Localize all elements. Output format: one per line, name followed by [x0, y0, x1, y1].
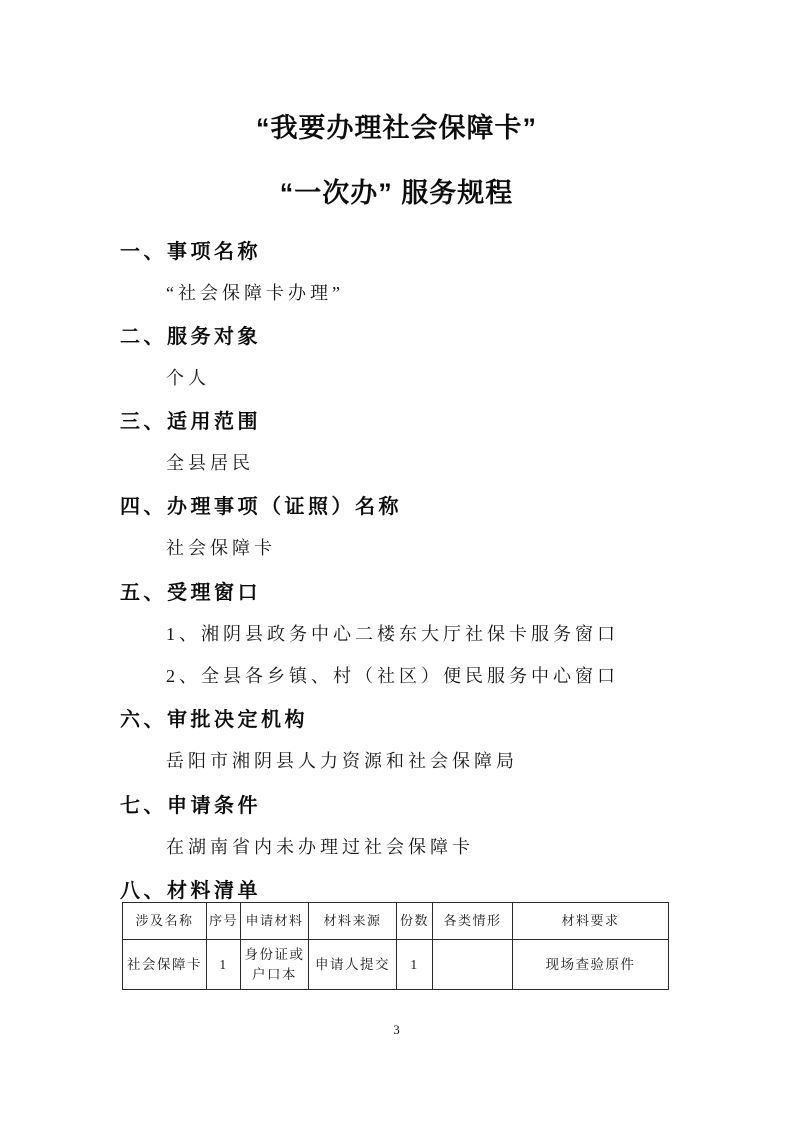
table-header-material-source: 材料来源: [309, 903, 397, 940]
section-6-body: 岳阳市湘阴县人力资源和社会保障局: [120, 747, 518, 773]
section-7-body: 在湖南省内未办理过社会保障卡: [120, 833, 474, 859]
table-header-material-requirements: 材料要求: [513, 903, 669, 940]
section-5-heading: 五、受理窗口: [120, 576, 261, 605]
table-header-serial-number: 序号: [207, 903, 241, 940]
section-1-body: “社会保障卡办理”: [120, 279, 344, 305]
section-5-body-item-1: 1、湘阴县政务中心二楼东大厅社保卡服务窗口: [120, 620, 619, 646]
table-cell-copies: 1: [397, 940, 433, 990]
page-number: 3: [0, 1022, 793, 1038]
document-title-line-1: “我要办理社会保障卡”: [0, 106, 793, 145]
table-cell-material-source: 申请人提交: [309, 940, 397, 990]
table-cell-involved-name: 社会保障卡: [123, 940, 207, 990]
document-page: “我要办理社会保障卡” “一次办” 服务规程 一、事项名称 “社会保障卡办理” …: [0, 0, 793, 1122]
table-cell-serial-number: 1: [207, 940, 241, 990]
table-header-copies: 份数: [397, 903, 433, 940]
section-2-heading: 二、服务对象: [120, 320, 261, 349]
section-5-body-item-2: 2、全县各乡镇、村（社区）便民服务中心窗口: [120, 662, 619, 688]
section-7-heading: 七、申请条件: [120, 789, 261, 818]
materials-table-header-row: 涉及名称 序号 申请材料 材料来源 份数 各类情形 材料要求: [123, 903, 669, 940]
section-4-heading: 四、办理事项（证照）名称: [120, 490, 402, 519]
materials-table: 涉及名称 序号 申请材料 材料来源 份数 各类情形 材料要求 社会保障卡 1 身…: [122, 902, 669, 990]
table-header-application-material: 申请材料: [241, 903, 309, 940]
document-sections: 一、事项名称 “社会保障卡办理” 二、服务对象 个人 三、适用范围 全县居民 四…: [120, 228, 675, 910]
section-2-body: 个人: [120, 364, 210, 390]
document-title-line-2: “一次办” 服务规程: [0, 171, 793, 210]
table-cell-material-requirements: 现场查验原件: [513, 940, 669, 990]
table-header-involved-name: 涉及名称: [123, 903, 207, 940]
table-cell-situations: [433, 940, 513, 990]
section-6-heading: 六、审批决定机构: [120, 703, 308, 732]
materials-table-row: 社会保障卡 1 身份证或户口本 申请人提交 1 现场查验原件: [123, 940, 669, 990]
section-4-body: 社会保障卡: [120, 534, 276, 560]
table-cell-application-material: 身份证或户口本: [241, 940, 309, 990]
section-1-heading: 一、事项名称: [120, 235, 261, 264]
section-3-body: 全县居民: [120, 449, 254, 475]
table-header-situations: 各类情形: [433, 903, 513, 940]
section-3-heading: 三、适用范围: [120, 405, 261, 434]
section-8-heading: 八、材料清单: [120, 874, 261, 903]
